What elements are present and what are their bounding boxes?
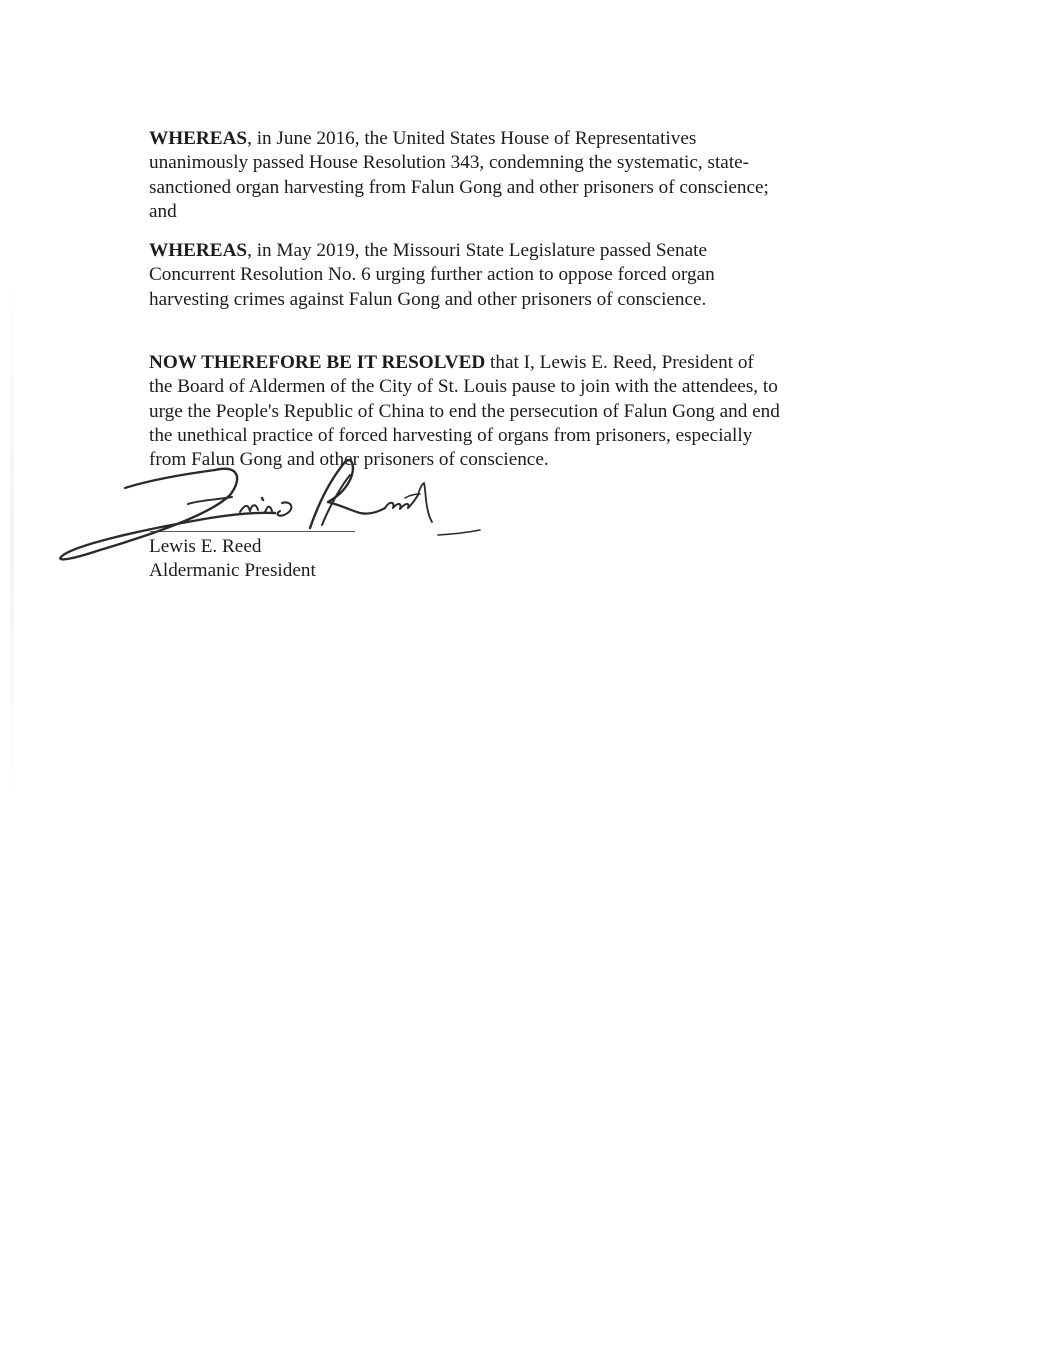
whereas-paragraph-1: WHEREAS, in June 2016, the United States… [149,127,849,224]
signatory-title: Aldermanic President [149,559,316,583]
paragraph-lead: NOW THEREFORE BE IT RESOLVED [149,352,485,373]
resolved-paragraph: NOW THEREFORE BE IT RESOLVED that I, Lew… [149,351,849,472]
document-page: WHEREAS, in June 2016, the United States… [0,0,1043,1350]
paragraph-lead: WHEREAS [149,240,247,261]
scan-edge-shadow [10,280,14,800]
signature-line [150,531,355,532]
signatory-name: Lewis E. Reed [149,535,261,559]
paragraph-lead: WHEREAS [149,128,247,149]
whereas-paragraph-2: WHEREAS, in May 2019, the Missouri State… [149,239,849,312]
